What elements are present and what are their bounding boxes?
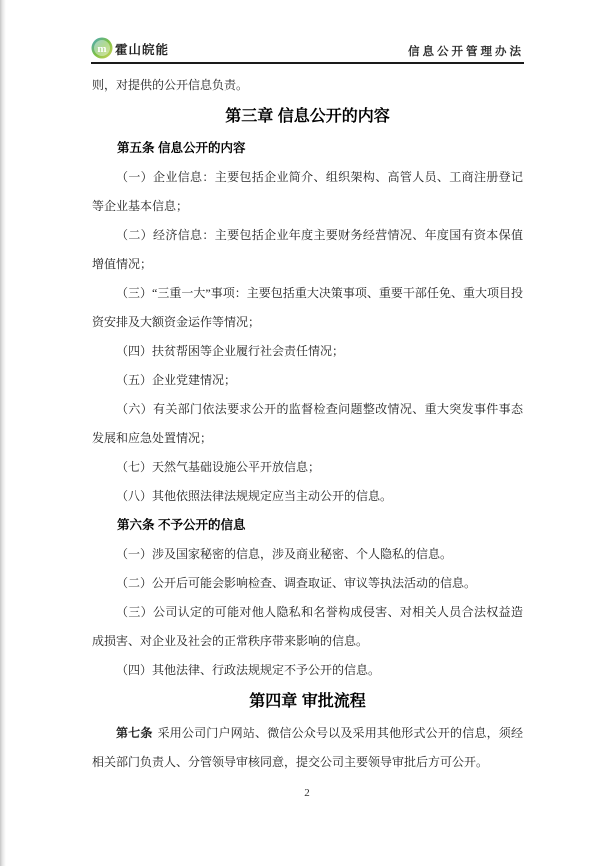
- section-heading-5: 第五条 信息公开的内容: [92, 134, 523, 163]
- document-body: 则，对提供的公开信息负责。 第三章 信息公开的内容 第五条 信息公开的内容 （一…: [92, 71, 523, 777]
- excluded-item-3: （三）公司认定的可能对他人隐私和名誉构成侵害、对相关人员合法权益造成损害、对企业…: [92, 598, 523, 656]
- list-item-5: （五）企业党建情况；: [92, 366, 523, 395]
- page-footer: 2: [0, 783, 614, 801]
- header-brand: m 霍山皖能: [91, 38, 169, 60]
- list-item-2: （二）经济信息：主要包括企业年度主要财务经营情况、年度国有资本保值增值情况；: [92, 221, 523, 279]
- list-item-8: （八）其他依照法律法规规定应当主动公开的信息。: [92, 482, 523, 511]
- list-item-7: （七）天然气基础设施公平开放信息；: [92, 453, 523, 482]
- chapter-heading-4: 第四章 审批流程: [92, 685, 523, 719]
- list-item-1: （一）企业信息：主要包括企业简介、组织架构、高管人员、工商注册登记等企业基本信息…: [92, 163, 523, 221]
- list-item-3: （三）“三重一大”事项：主要包括重大决策事项、重要干部任免、重大项目投资安排及大…: [92, 279, 523, 337]
- article-7-paragraph: 第七条采用公司门户网站、微信公众号以及采用其他形式公开的信息，须经相关部门负责人…: [92, 719, 523, 777]
- page-number: 2: [304, 787, 310, 799]
- page-header: m 霍山皖能 信息公开管理办法: [91, 33, 524, 64]
- company-logo-icon: m: [91, 37, 113, 59]
- chapter-heading-3: 第三章 信息公开的内容: [92, 100, 523, 134]
- svg-text:m: m: [97, 43, 106, 55]
- document-title: 信息公开管理办法: [408, 43, 524, 60]
- list-item-4: （四）扶贫帮困等企业履行社会责任情况；: [92, 337, 523, 366]
- company-name: 霍山皖能: [115, 40, 169, 58]
- excluded-item-4: （四）其他法律、行政法规规定不予公开的信息。: [92, 656, 523, 685]
- article-7-text: 采用公司门户网站、微信公众号以及采用其他形式公开的信息，须经相关部门负责人、分管…: [92, 726, 523, 769]
- section-heading-6: 第六条 不予公开的信息: [92, 511, 523, 540]
- excluded-item-2: （二）公开后可能会影响检查、调查取证、审议等执法活动的信息。: [92, 569, 523, 598]
- scan-edge-shadow: [0, 0, 6, 866]
- excluded-item-1: （一）涉及国家秘密的信息，涉及商业秘密、个人隐私的信息。: [92, 540, 523, 569]
- continuation-paragraph: 则，对提供的公开信息负责。: [92, 71, 523, 100]
- document-page: m 霍山皖能 信息公开管理办法 则，对提供的公开信息负责。 第三章 信息公开的内…: [0, 0, 614, 866]
- list-item-6: （六）有关部门依法要求公开的监督检查问题整改情况、重大突发事件事态发展和应急处置…: [92, 395, 523, 453]
- article-7-number: 第七条: [116, 726, 153, 740]
